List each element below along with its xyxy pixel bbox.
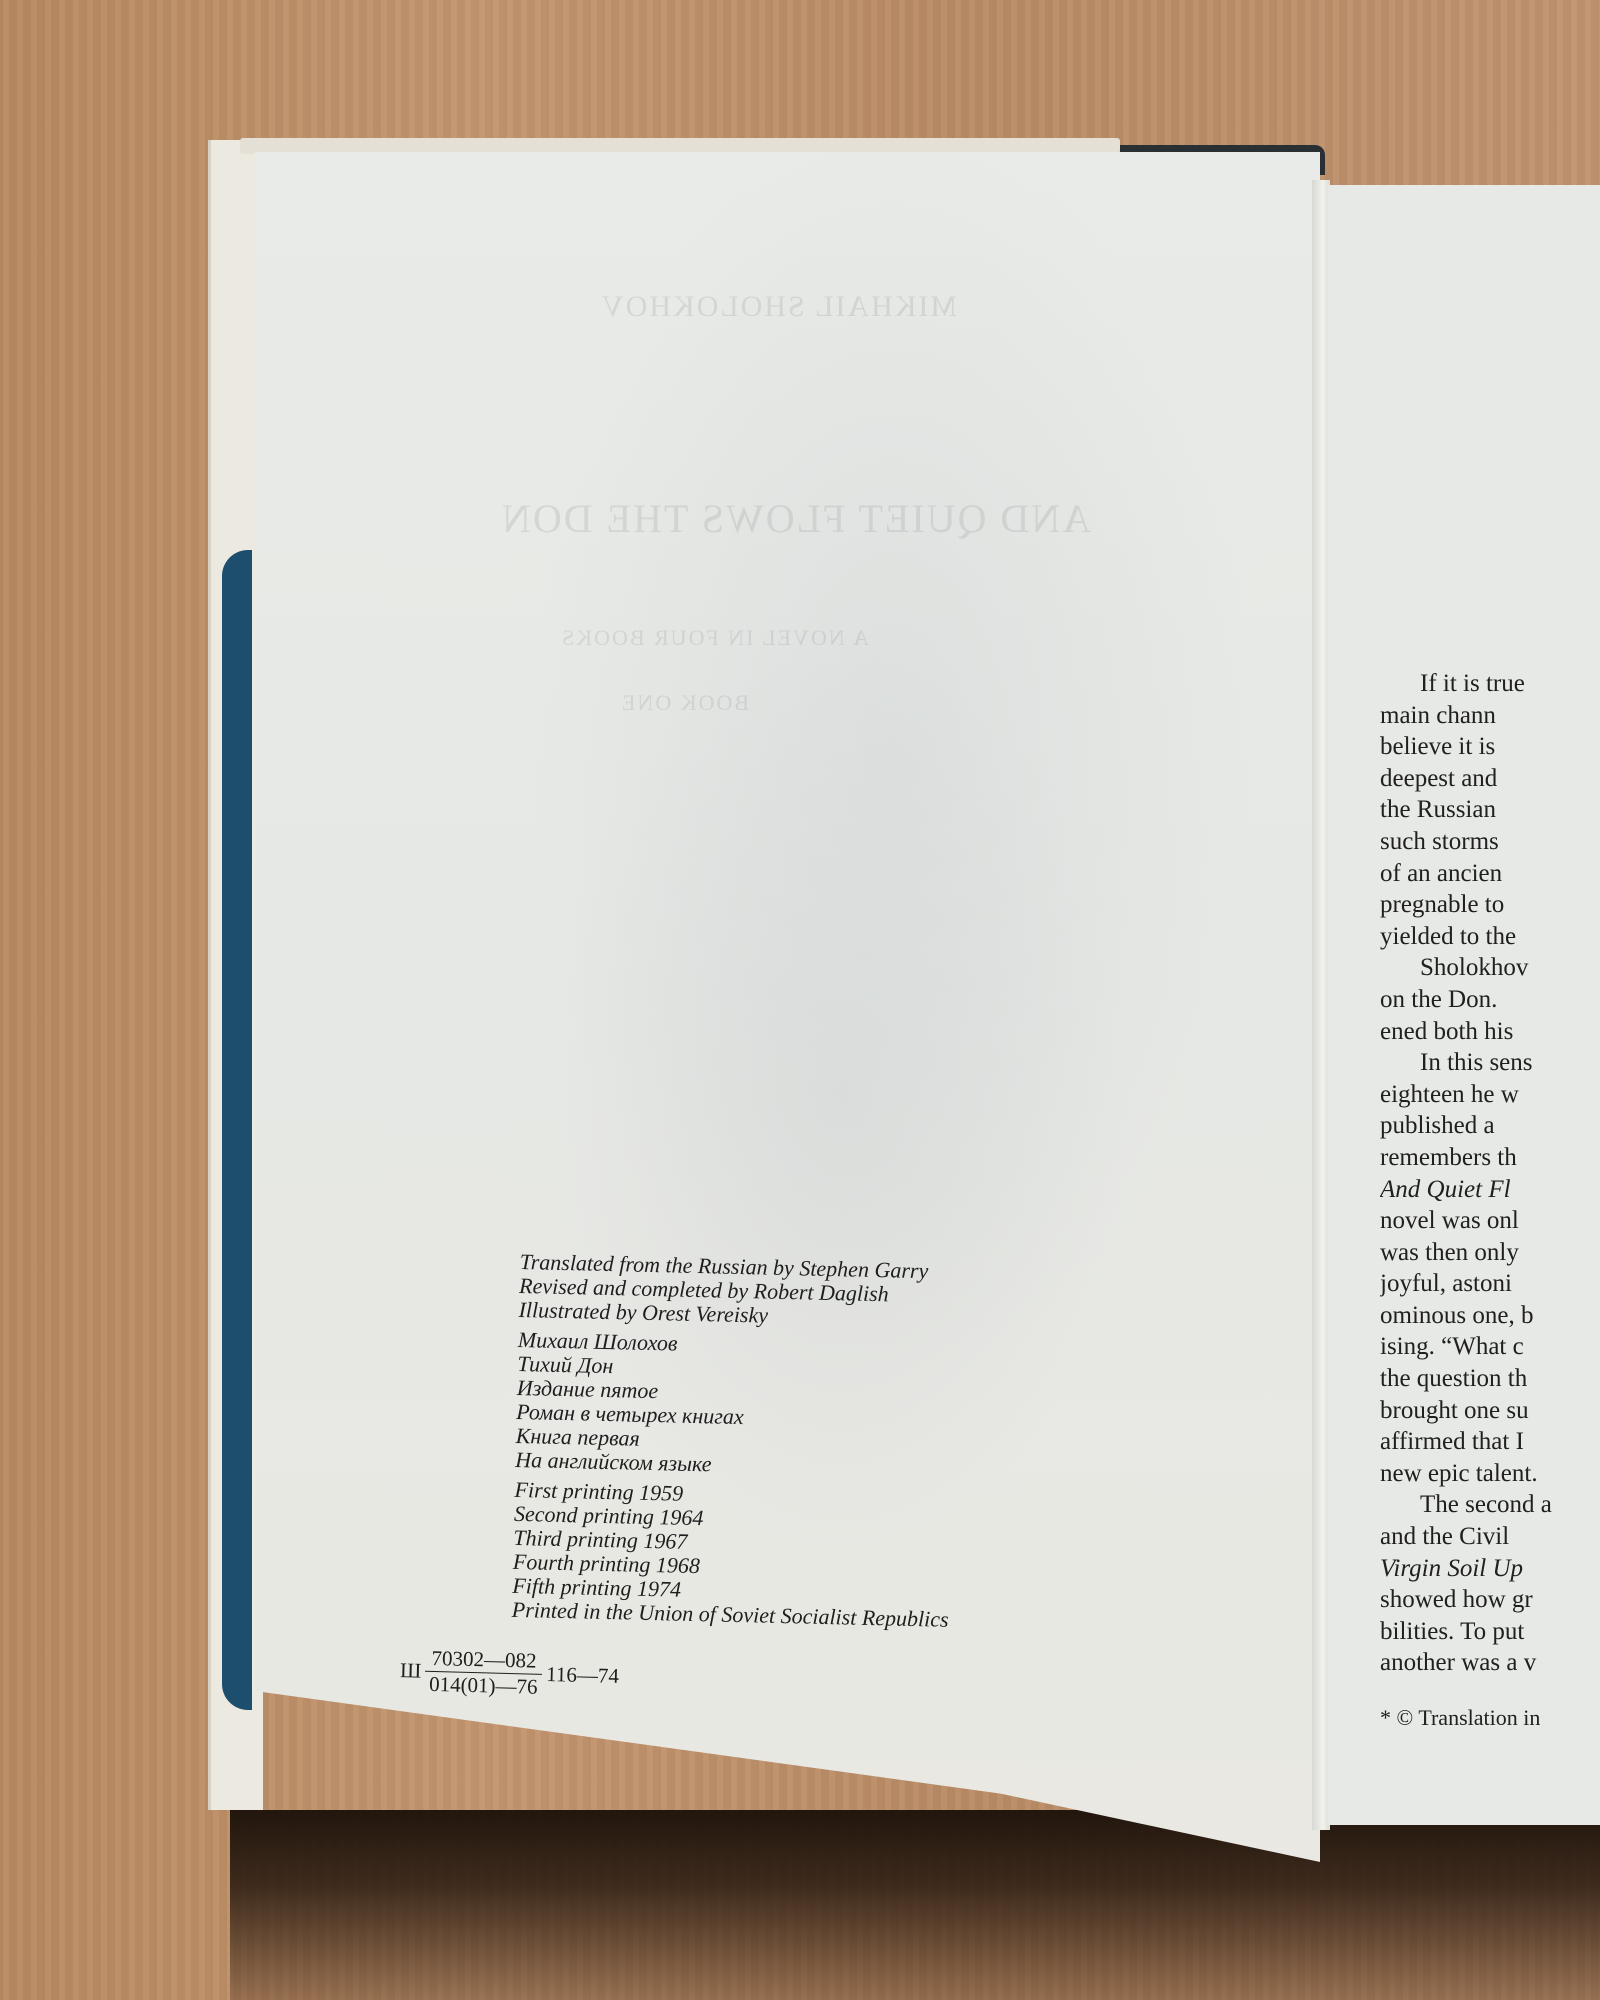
- text-line: ened both his: [1380, 1016, 1600, 1048]
- text-line: published a: [1380, 1110, 1600, 1142]
- text-line: believe it is: [1380, 731, 1600, 763]
- text-line: and the Civil: [1380, 1521, 1600, 1553]
- text-line: affirmed that I: [1380, 1426, 1600, 1458]
- text-line: Virgin Soil Up: [1380, 1553, 1600, 1585]
- imprint-block: Translated from the Russian by Stephen G…: [511, 1250, 956, 1638]
- text-line: deepest and: [1380, 763, 1600, 795]
- text-line: the question th: [1380, 1363, 1600, 1395]
- book-shadow: [230, 1810, 1600, 2000]
- jacket-blue-stripe: [222, 550, 252, 1710]
- catalog-prefix: Ш: [400, 1658, 422, 1684]
- text-line: was then only: [1380, 1237, 1600, 1269]
- text-line: remembers th: [1380, 1142, 1600, 1174]
- text-line: the Russian: [1380, 794, 1600, 826]
- show-through-author: MIKHAIL SHOLOKHOV: [600, 290, 957, 324]
- text-line: eighteen he w: [1380, 1079, 1600, 1111]
- show-through-subtitle: A NOVEL IN FOUR BOOKS: [560, 625, 869, 651]
- text-line: The second a: [1380, 1489, 1600, 1521]
- text-line: another was a v: [1380, 1647, 1600, 1679]
- right-page-body-text: If it is true main chann believe it is d…: [1380, 668, 1600, 1679]
- text-line: of an ancien: [1380, 858, 1600, 890]
- text-line: And Quiet Fl: [1380, 1174, 1600, 1206]
- text-line: If it is true: [1380, 668, 1600, 700]
- text-line: Sholokhov: [1380, 952, 1600, 984]
- catalog-denominator: 014(01)—76: [429, 1672, 538, 1700]
- catalog-suffix: 116—74: [546, 1662, 619, 1689]
- text-line: such storms: [1380, 826, 1600, 858]
- text-line: yielded to the: [1380, 921, 1600, 953]
- text-line: pregnable to: [1380, 889, 1600, 921]
- text-line: showed how gr: [1380, 1584, 1600, 1616]
- text-line: joyful, astoni: [1380, 1268, 1600, 1300]
- catalog-fraction: 70302—082 014(01)—76: [425, 1646, 543, 1700]
- text-line: In this sens: [1380, 1047, 1600, 1079]
- catalog-numerator: 70302—082: [425, 1646, 543, 1675]
- footnote: * © Translation in: [1380, 1705, 1540, 1731]
- russian-imprint: Михаил Шолохов Тихий Дон Издание пятое Р…: [515, 1328, 955, 1482]
- credits: Translated from the Russian by Stephen G…: [518, 1250, 956, 1332]
- catalog-code: Ш 70302—082 014(01)—76 116—74: [399, 1645, 619, 1702]
- text-line: novel was onl: [1380, 1205, 1600, 1237]
- text-line: bilities. To put: [1380, 1616, 1600, 1648]
- show-through-title: AND QUIET FLOWS THE DON: [500, 495, 1091, 542]
- text-line: main chann: [1380, 700, 1600, 732]
- text-line: brought one su: [1380, 1395, 1600, 1427]
- show-through-book: BOOK ONE: [620, 690, 749, 716]
- dust-jacket-top-edge: [240, 138, 1120, 154]
- text-line: new epic talent.: [1380, 1458, 1600, 1490]
- printing-history: First printing 1959 Second printing 1964…: [512, 1478, 952, 1632]
- text-line: ising. “What c: [1380, 1331, 1600, 1363]
- text-line: on the Don.: [1380, 984, 1600, 1016]
- text-line: ominous one, b: [1380, 1300, 1600, 1332]
